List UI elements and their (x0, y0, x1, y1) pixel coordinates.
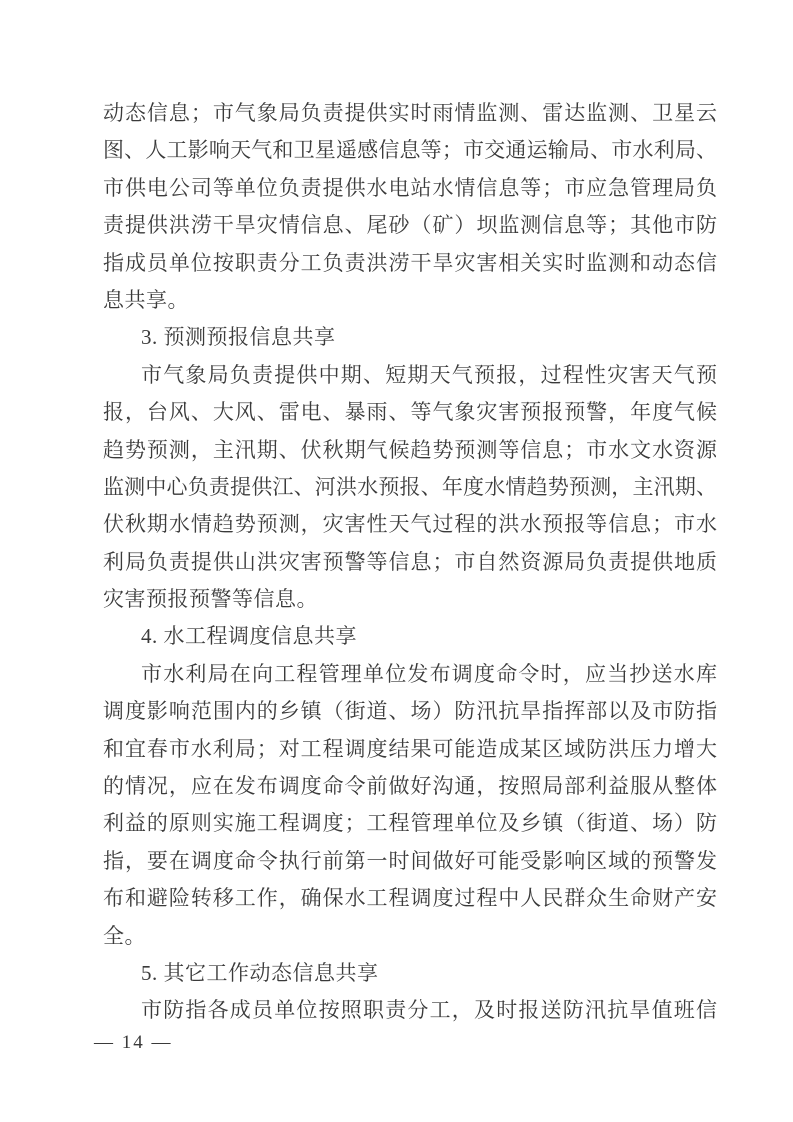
document-body: 动态信息；市气象局负责提供实时雨情监测、雷达监测、卫星云图、人工影响天气和卫星遥… (103, 95, 717, 1030)
text-line: 布和避险转移工作，确保水工程调度过程中人民群众生命财产安 (103, 880, 717, 917)
text-line: 动态信息；市气象局负责提供实时雨情监测、雷达监测、卫星云 (103, 95, 717, 132)
text-line: 利局负责提供山洪灾害预警等信息；市自然资源局负责提供地质 (103, 544, 717, 581)
text-line: 息共享。 (103, 282, 717, 319)
text-line: 市气象局负责提供中期、短期天气预报，过程性灾害天气预 (103, 357, 717, 394)
text-line: 市水利局在向工程管理单位发布调度命令时，应当抄送水库 (103, 656, 717, 693)
document-page: 动态信息；市气象局负责提供实时雨情监测、雷达监测、卫星云图、人工影响天气和卫星遥… (0, 0, 793, 1122)
text-line: 指，要在调度命令执行前第一时间做好可能受影响区域的预警发 (103, 843, 717, 880)
section-heading: 5. 其它工作动态信息共享 (103, 955, 717, 992)
text-line: 和宜春市水利局；对工程调度结果可能造成某区域防洪压力增大 (103, 731, 717, 768)
section-heading: 3. 预测预报信息共享 (103, 319, 717, 356)
section-heading: 4. 水工程调度信息共享 (103, 618, 717, 655)
text-line: 指成员单位按职责分工负责洪涝干旱灾害相关实时监测和动态信 (103, 245, 717, 282)
text-line: 责提供洪涝干旱灾情信息、尾砂（矿）坝监测信息等；其他市防 (103, 207, 717, 244)
page-number: — 14 — (94, 1032, 173, 1054)
text-line: 灾害预报预警等信息。 (103, 581, 717, 618)
text-line: 利益的原则实施工程调度；工程管理单位及乡镇（街道、场）防 (103, 805, 717, 842)
text-line: 调度影响范围内的乡镇（街道、场）防汛抗旱指挥部以及市防指 (103, 693, 717, 730)
text-line: 报，台风、大风、雷电、暴雨、等气象灾害预报预警，年度气候 (103, 394, 717, 431)
text-line: 趋势预测，主汛期、伏秋期气候趋势预测等信息；市水文水资源 (103, 432, 717, 469)
text-line: 的情况，应在发布调度命令前做好沟通，按照局部利益服从整体 (103, 768, 717, 805)
text-line: 市供电公司等单位负责提供水电站水情信息等；市应急管理局负 (103, 170, 717, 207)
text-line: 图、人工影响天气和卫星遥感信息等；市交通运输局、市水利局、 (103, 132, 717, 169)
text-line: 全。 (103, 918, 717, 955)
text-line: 监测中心负责提供江、河洪水预报、年度水情趋势预测，主汛期、 (103, 469, 717, 506)
text-line: 伏秋期水情趋势预测，灾害性天气过程的洪水预报等信息；市水 (103, 506, 717, 543)
text-line: 市防指各成员单位按照职责分工，及时报送防汛抗旱值班信 (103, 992, 717, 1029)
